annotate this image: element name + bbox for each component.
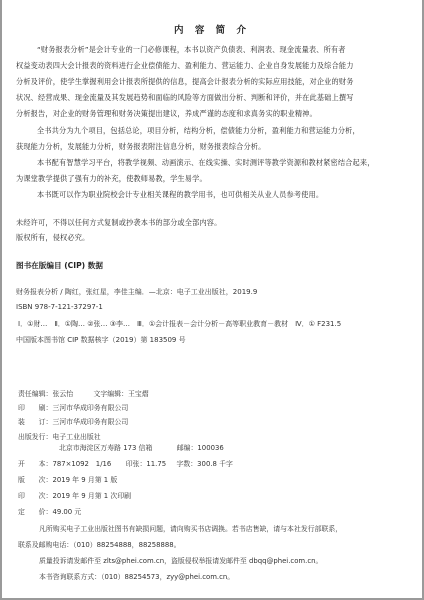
cip-verification: 中国版本图书馆 CIP 数据核字（2019）第 183509 号 xyxy=(16,335,186,345)
editor-name: 张云怡 xyxy=(52,390,73,398)
footer-inquiry: 本书咨询联系方式：（010）88254573，zyy@phei.com.cn。 xyxy=(39,571,234,581)
address-value: 北京市海淀区万寿路 173 信箱 xyxy=(59,444,152,452)
summary-p1-line4: 状况、经营成果、现金流量及其发展趋势和面临的风险等方面做出分析、判断和评价，并在… xyxy=(16,90,354,106)
cip-classification: Ⅰ．①财… Ⅱ．①陶… ②张… ③李… Ⅲ．①会计报表－会计分析－高等职业教育－… xyxy=(18,319,341,329)
footer-phone: 联系及邮购电话：（010）88254888，88258888。 xyxy=(18,539,181,549)
editor-row: 责任编辑：张云怡 文字编辑：王宝熠 xyxy=(18,388,149,398)
summary-p1-line3: 分析及评价，使学生掌握利用会计报表所提供的信息，提高会计报表分析的实际应用技能，… xyxy=(16,74,354,90)
cip-isbn: ISBN 978-7-121-37297-1 xyxy=(16,303,103,311)
words-value: 300.8 千字 xyxy=(197,460,233,468)
summary-p3-line1: 本书配有智慧学习平台，将教学视频、动画演示、在线实操、实时测评等教学资源和教材紧… xyxy=(37,155,375,171)
summary-p1-line5: 分析报告，对企业的财务管理和财务决策提出建议，养成严谨的态度和求真务实的职业精神… xyxy=(16,106,317,122)
printing-row: 印 刷：三河市华成印务有限公司 xyxy=(18,402,128,412)
footer-complaints: 质量投诉请发邮件至 zlts@phei.com.cn，盗版侵权举报请发邮件至 d… xyxy=(39,555,322,565)
edition-label: 版 次： xyxy=(18,476,52,484)
rights-reserved: 版权所有，侵权必究。 xyxy=(16,230,89,246)
edition-row: 版 次：2019 年 9 月第 1 版 xyxy=(18,474,117,484)
footer-returns: 凡所购买电子工业出版社图书有缺损问题，请向购买书店调换。若书店售缺，请与本社发行… xyxy=(39,523,342,533)
summary-title: 内 容 简 介 xyxy=(2,22,422,36)
text-editor-name: 王宝熠 xyxy=(128,390,149,398)
format-row: 开 本：787×1092 1/16 印张：11.75 字数：300.8 千字 xyxy=(18,458,233,468)
price-label: 定 价： xyxy=(18,508,52,516)
text-editor-label: 文字编辑： xyxy=(94,390,128,398)
format-value: 787×1092 1/16 xyxy=(52,460,111,468)
binding-label: 装 订： xyxy=(18,418,52,426)
price-row: 定 价：49.00 元 xyxy=(18,506,81,516)
edition-value: 2019 年 9 月第 1 版 xyxy=(52,476,117,484)
printing-value: 三河市华成印务有限公司 xyxy=(52,404,128,412)
postcode-label: 邮编： xyxy=(177,444,198,452)
binding-row: 装 订：三河市华成印务有限公司 xyxy=(18,416,128,426)
summary-p4-line1: 本书既可以作为职业院校会计专业相关课程的教学用书，也可供相关从业人员参考使用。 xyxy=(37,187,323,203)
summary-p2-line2: 获现能力分析，发展能力分析，财务报表附注信息分析，财务报表综合分析。 xyxy=(16,139,265,155)
copyright-page: 内 容 简 介 “财务报表分析”是会计专业的一门必修课程，本书以资产负债表、利润… xyxy=(0,0,424,600)
publisher-label: 出版发行： xyxy=(18,433,52,441)
copyright-notice: 未经许可，不得以任何方式复制或抄袭本书的部分或全部内容。 xyxy=(16,215,221,231)
impression-row: 印 次：2019 年 9 月第 1 次印刷 xyxy=(18,490,131,500)
postcode-value: 100036 xyxy=(197,444,223,452)
publisher-row: 出版发行：电子工业出版社 xyxy=(18,431,101,441)
price-value: 49.00 元 xyxy=(52,508,81,516)
impression-value: 2019 年 9 月第 1 次印刷 xyxy=(52,492,131,500)
impression-label: 印 次： xyxy=(18,492,52,500)
editor-label: 责任编辑： xyxy=(18,390,52,398)
summary-p3-line2: 为课堂教学提供了强有力的补充，使教师易教，学生易学。 xyxy=(16,171,207,187)
cip-heading: 图书在版编目 (CIP) 数据 xyxy=(16,260,103,271)
summary-p2-line1: 全书共分为九个项目，包括总论，项目分析，结构分析，偿债能力分析，盈利能力和营运能… xyxy=(37,123,360,139)
sheets-value: 11.75 xyxy=(146,460,166,468)
cip-title-line: 财务报表分析 / 陶红，张红星，李佳主编．—北京：电子工业出版社，2019.9 xyxy=(16,287,257,297)
sheets-label: 印张： xyxy=(126,460,147,468)
words-label: 字数： xyxy=(177,460,198,468)
summary-p1-line1: “财务报表分析”是会计专业的一门必修课程，本书以资产负债表、利润表、现金流量表、… xyxy=(37,42,346,58)
address-row: 北京市海淀区万寿路 173 信箱 邮编：100036 xyxy=(59,442,224,452)
binding-value: 三河市华成印务有限公司 xyxy=(52,418,128,426)
publisher-value: 电子工业出版社 xyxy=(52,433,100,441)
printing-label: 印 刷： xyxy=(18,404,52,412)
format-label: 开 本： xyxy=(18,460,52,468)
summary-p1-line2: 权益变动表四大会计报表的资料进行企业偿债能力、盈利能力、营运能力、企业自身发展能… xyxy=(16,58,354,74)
